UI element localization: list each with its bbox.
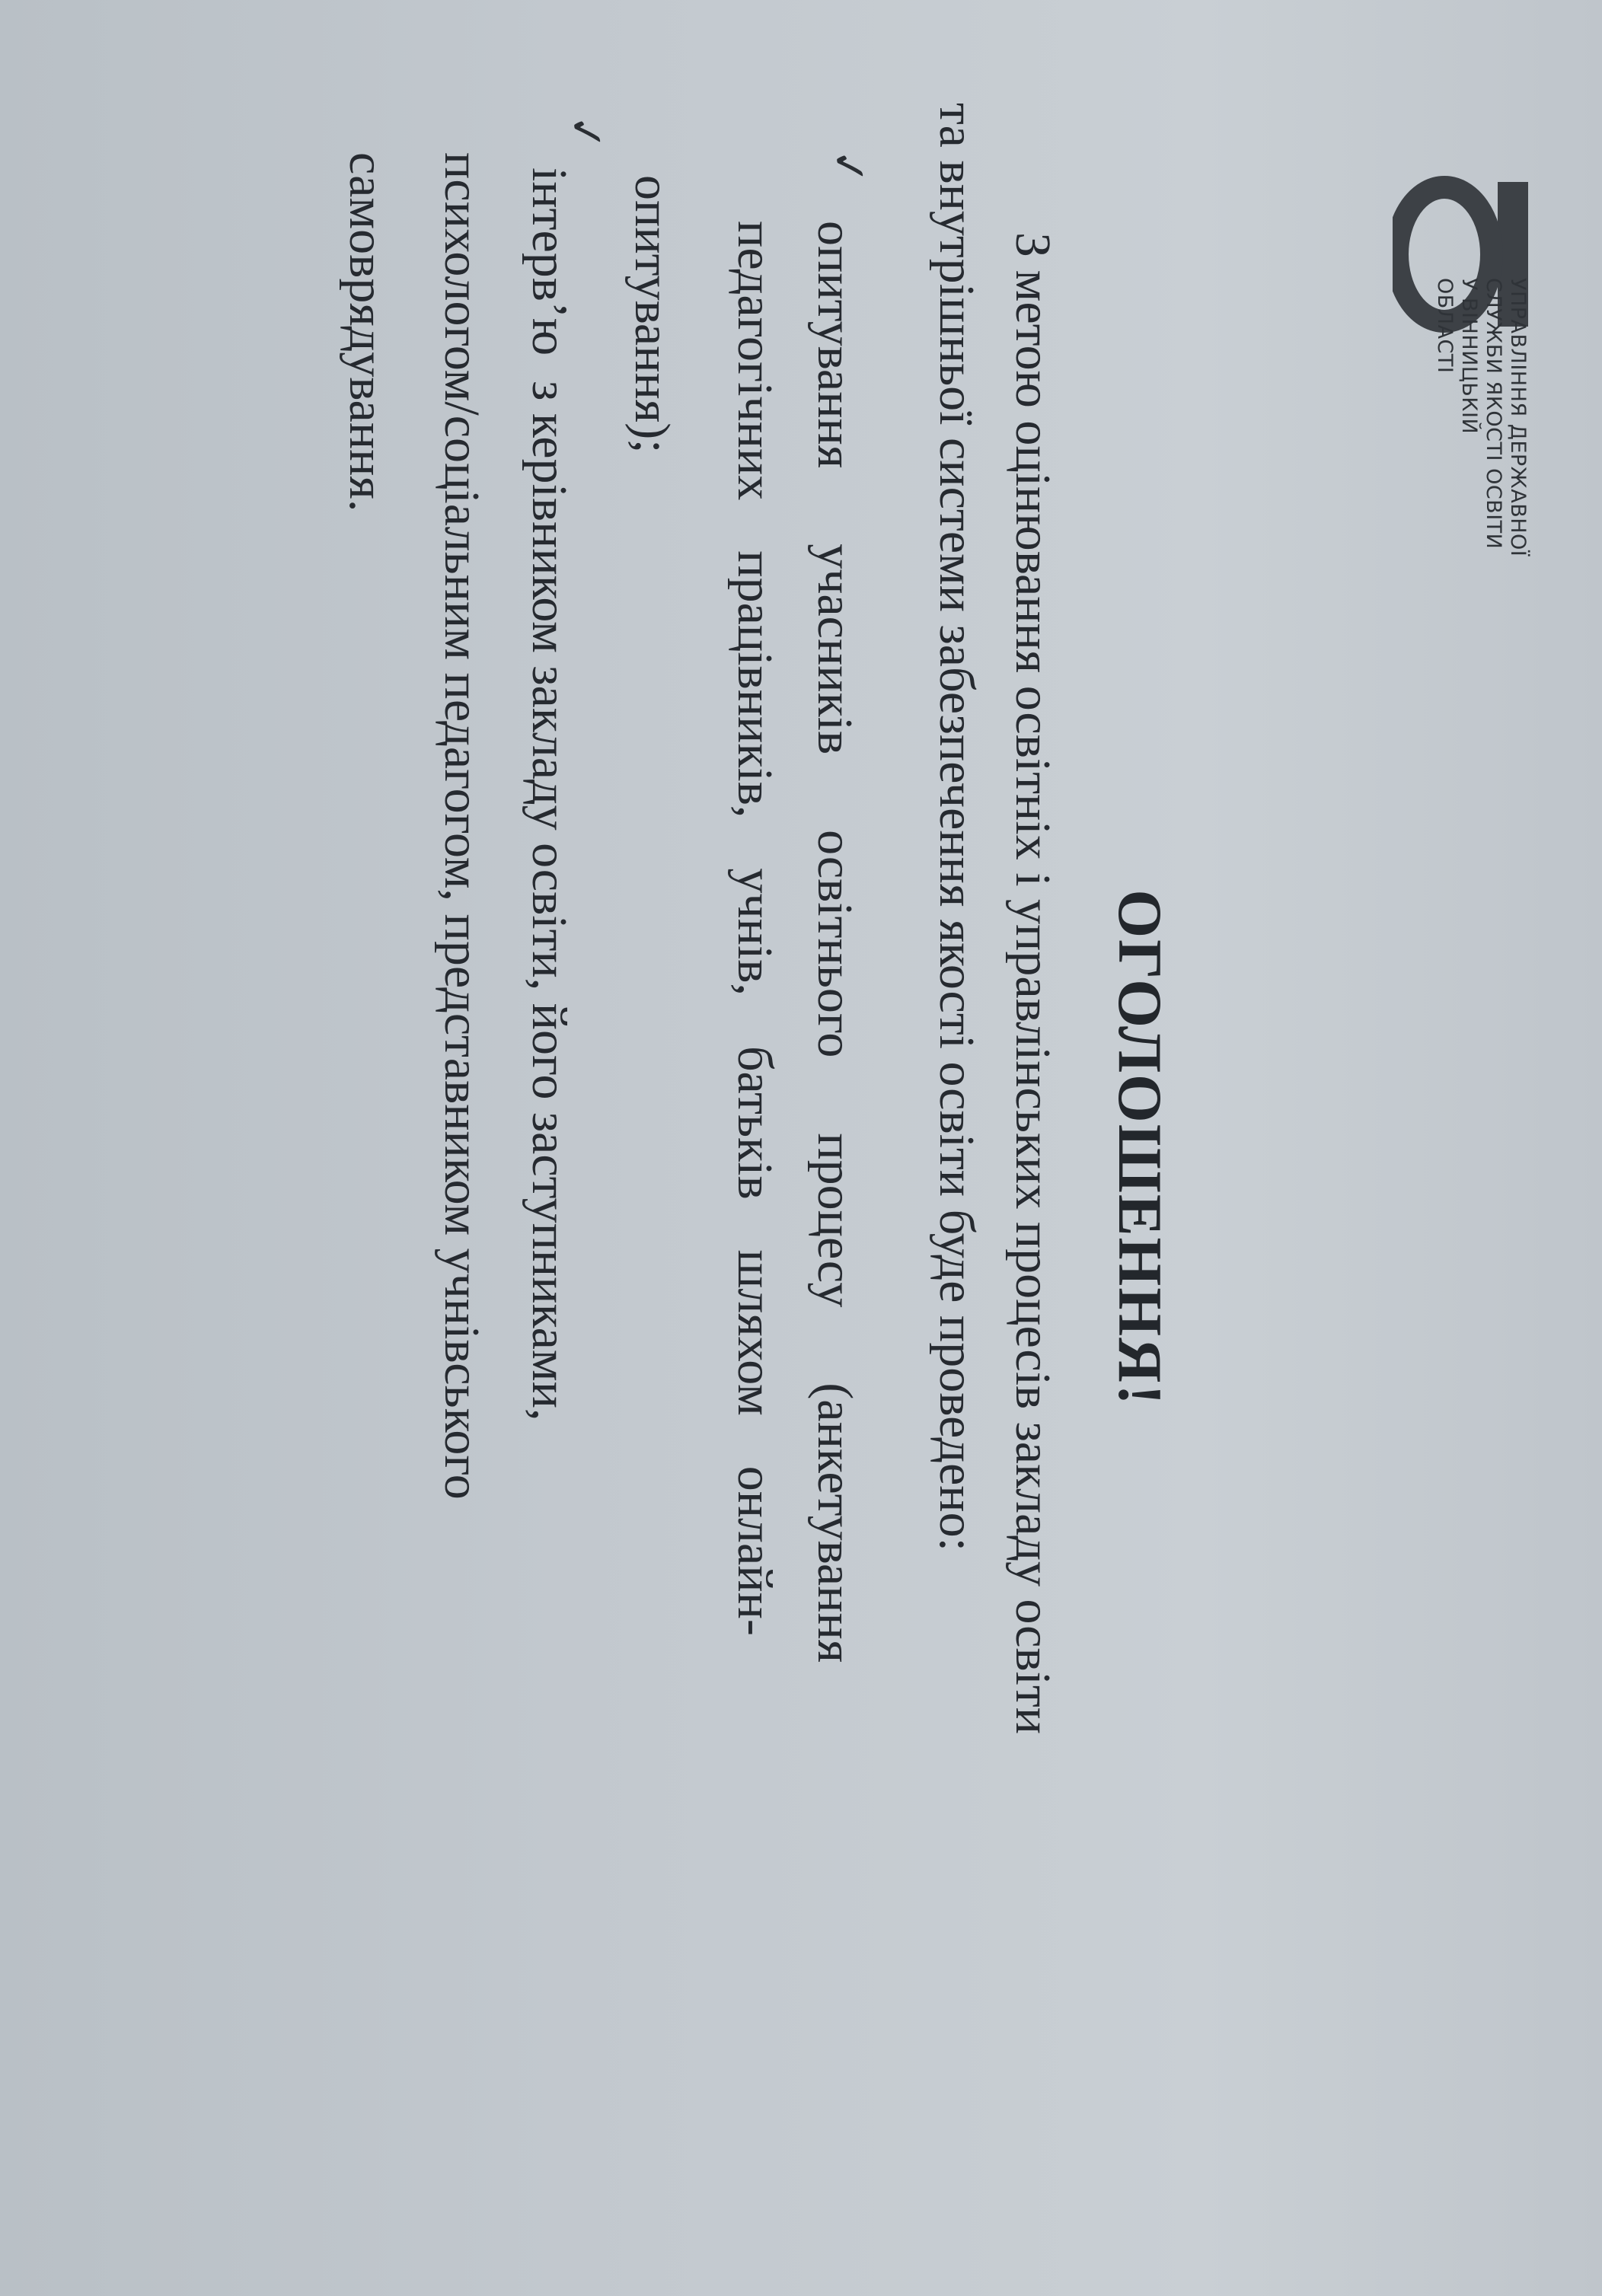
organization-name: УПРАВЛІННЯ ДЕРЖАВНОЇ СЛУЖБИ ЯКОСТІ ОСВІТ… — [1432, 278, 1530, 556]
bullet-line: інтерв’ю з керівником закладу освіти, йо… — [520, 167, 578, 1421]
organization-logo: УПРАВЛІННЯ ДЕРЖАВНОЇ СЛУЖБИ ЯКОСТІ ОСВІТ… — [1393, 114, 1530, 799]
bullet-line: опитування учасників освітнього процесу … — [806, 221, 863, 1663]
bullet-line: самоврядування. — [337, 152, 395, 512]
intro-line: З метою оцінювання освітніх і управлінсь… — [1004, 232, 1061, 1734]
announcement-document: УПРАВЛІННЯ ДЕРЖАВНОЇ СЛУЖБИ ЯКОСТІ ОСВІТ… — [0, 0, 1602, 2296]
bullet-line: опитування); — [623, 175, 681, 454]
intro-line: та внутрішньої системи забезпечення якос… — [927, 103, 985, 1551]
logo-line: УПРАВЛІННЯ ДЕРЖАВНОЇ — [1505, 278, 1530, 556]
logo-line: У ВІННИЦЬКІЙ — [1457, 278, 1481, 556]
logo-line: СЛУЖБИ ЯКОСТІ ОСВІТИ — [1481, 278, 1505, 556]
bullet-line: педагогічних працівників, учнів, батьків… — [726, 221, 783, 1636]
bullet-line: психологом/соціальним педагогом, предста… — [432, 152, 490, 1500]
logo-line: ОБЛАСТІ — [1432, 278, 1457, 556]
page-title: ОГОЛОШЕННЯ! — [1104, 0, 1176, 2296]
checkmark-icon: ✓ — [558, 111, 614, 155]
checkmark-icon: ✓ — [821, 145, 877, 190]
